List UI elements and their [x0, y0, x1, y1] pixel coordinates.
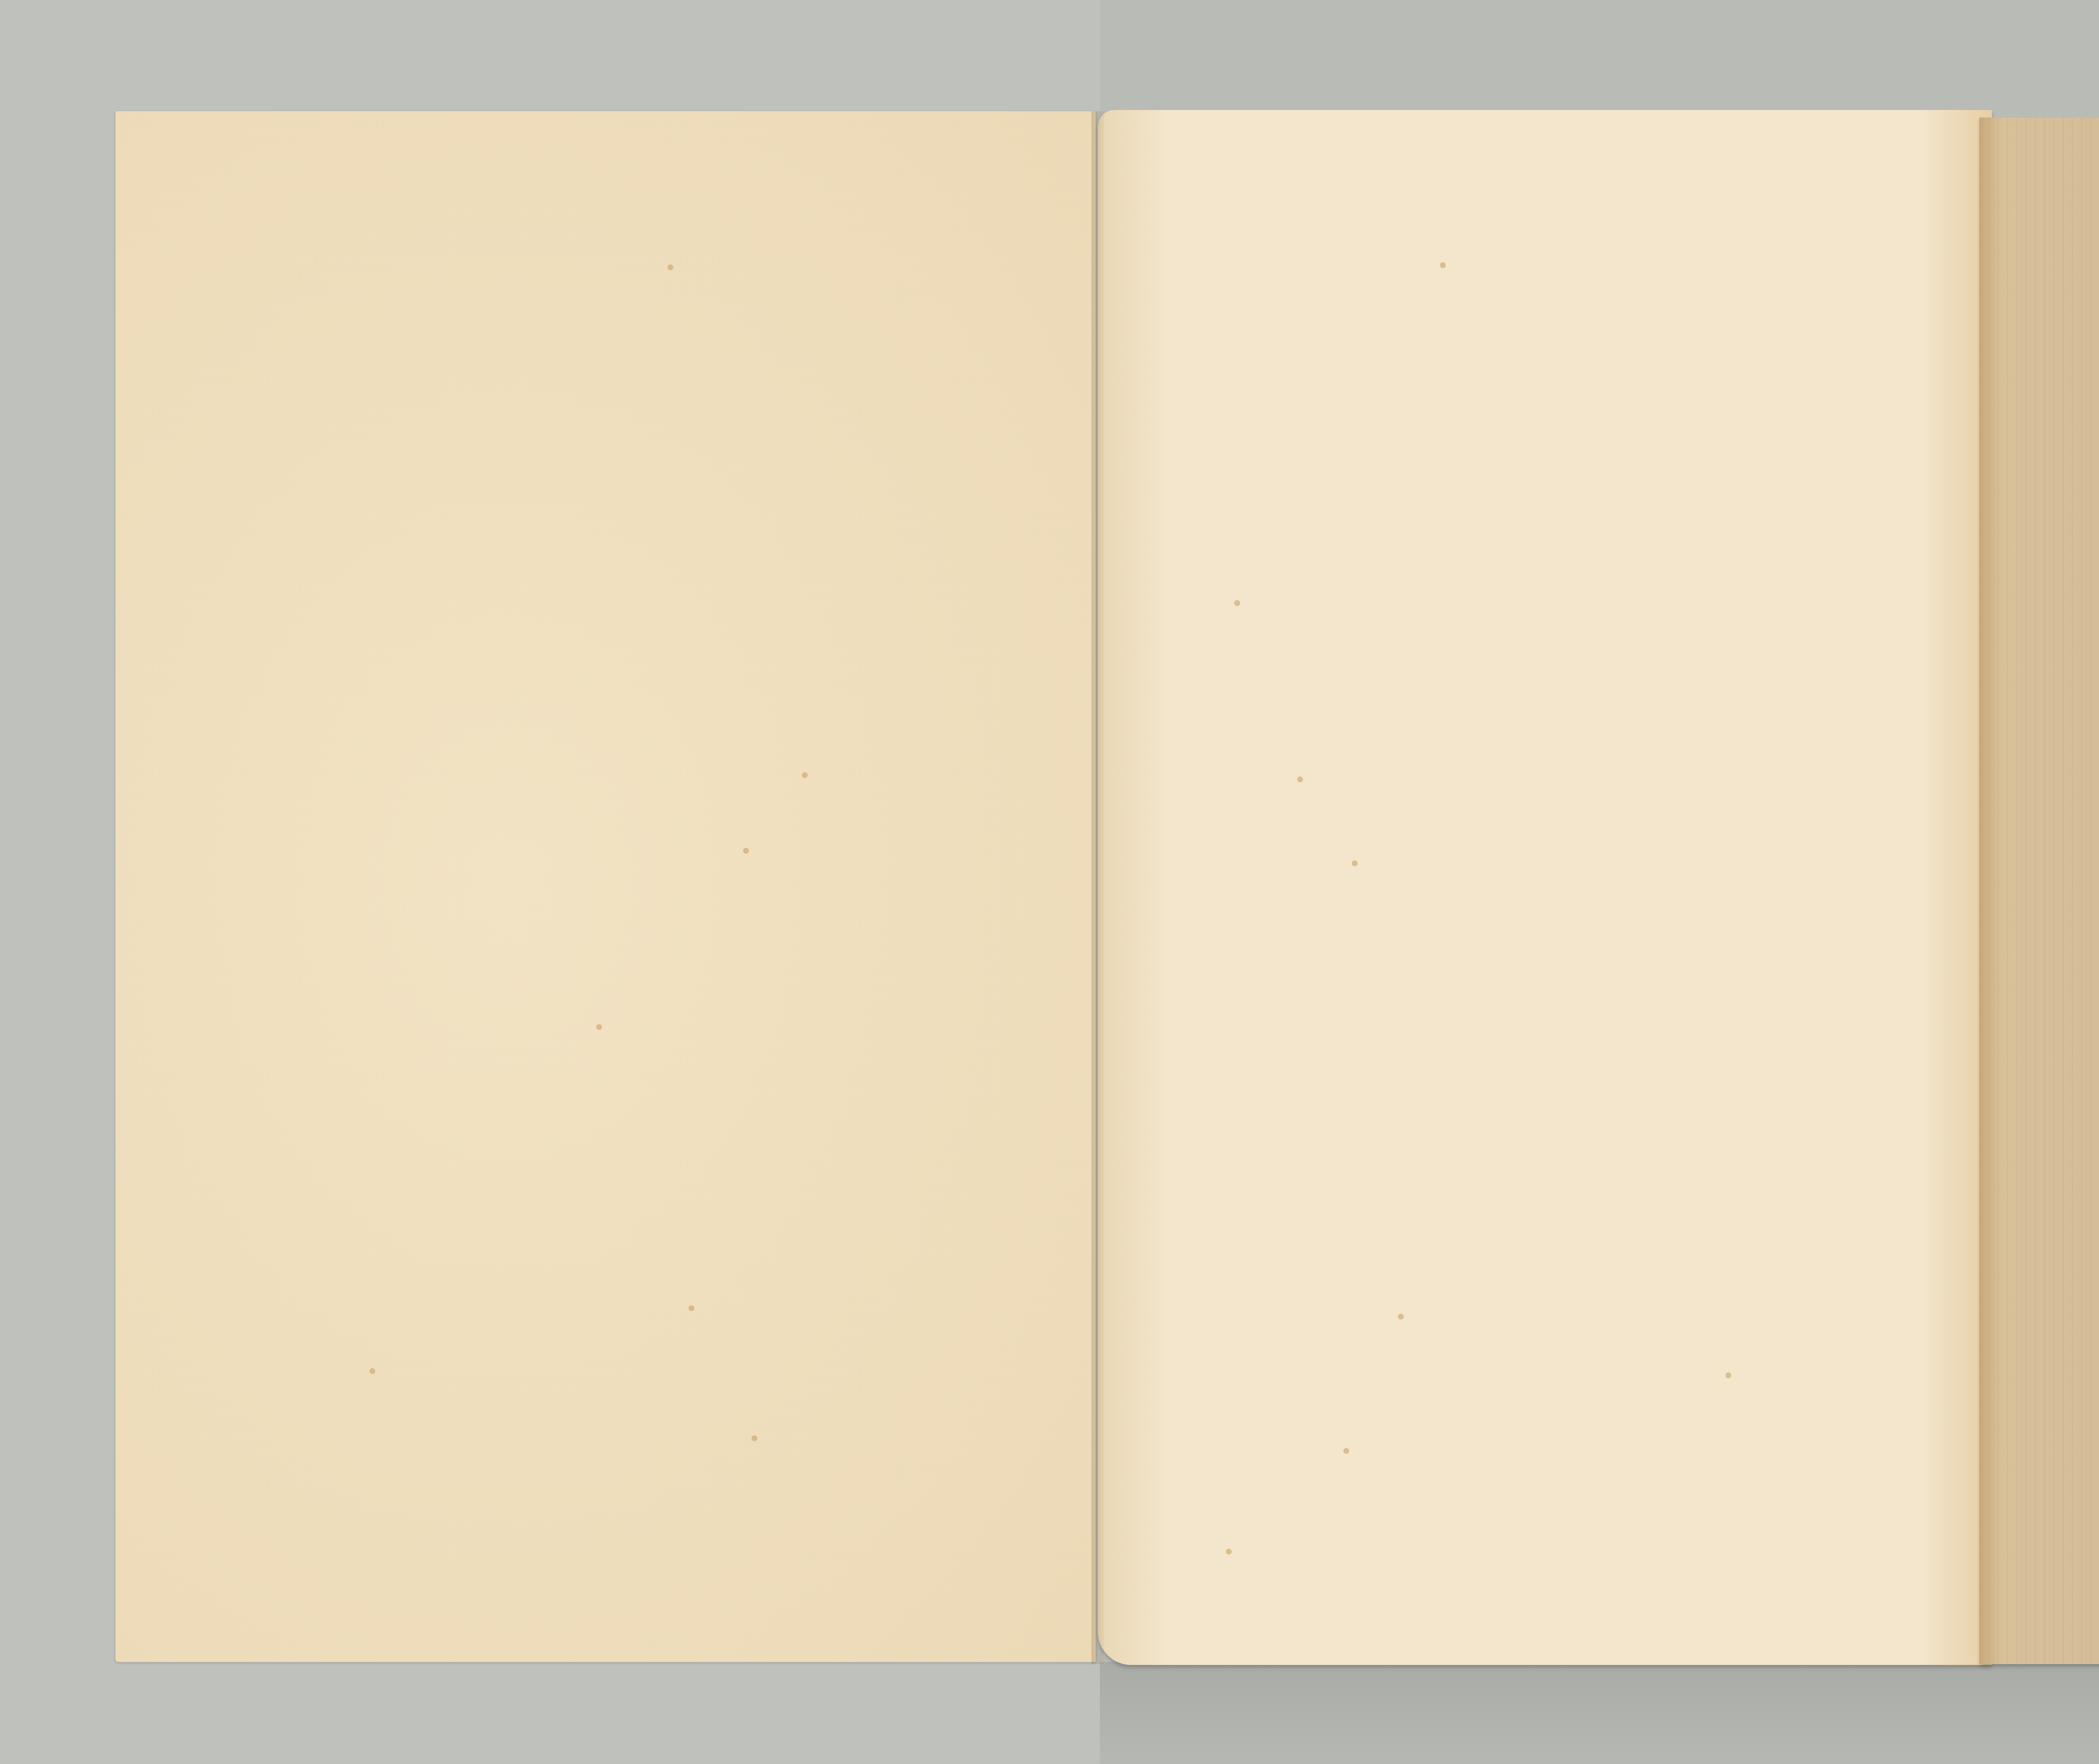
book-shadow	[1100, 1662, 2099, 1764]
foxing-spot	[667, 264, 673, 270]
foxing-spot	[1343, 1448, 1349, 1454]
foxing-spot	[369, 1368, 375, 1374]
book-gutter	[1091, 111, 1104, 1664]
foxing-spot	[1398, 1314, 1404, 1320]
foxing-spot	[1226, 1549, 1232, 1555]
right-page	[1098, 110, 1992, 1665]
foxing-spot	[1352, 860, 1358, 866]
foxing-spot	[1297, 776, 1303, 782]
foxing-spot	[802, 772, 808, 778]
page-block-fore-edge	[1979, 118, 2099, 1664]
foxing-spot	[1725, 1372, 1731, 1378]
foxing-spot	[743, 848, 749, 854]
foxing-spot	[1440, 262, 1446, 268]
foxing-spot	[1234, 600, 1240, 606]
left-page	[115, 111, 1096, 1662]
foxing-spot	[751, 1435, 757, 1441]
foxing-spot	[596, 1024, 602, 1030]
foxing-spot	[688, 1305, 694, 1311]
